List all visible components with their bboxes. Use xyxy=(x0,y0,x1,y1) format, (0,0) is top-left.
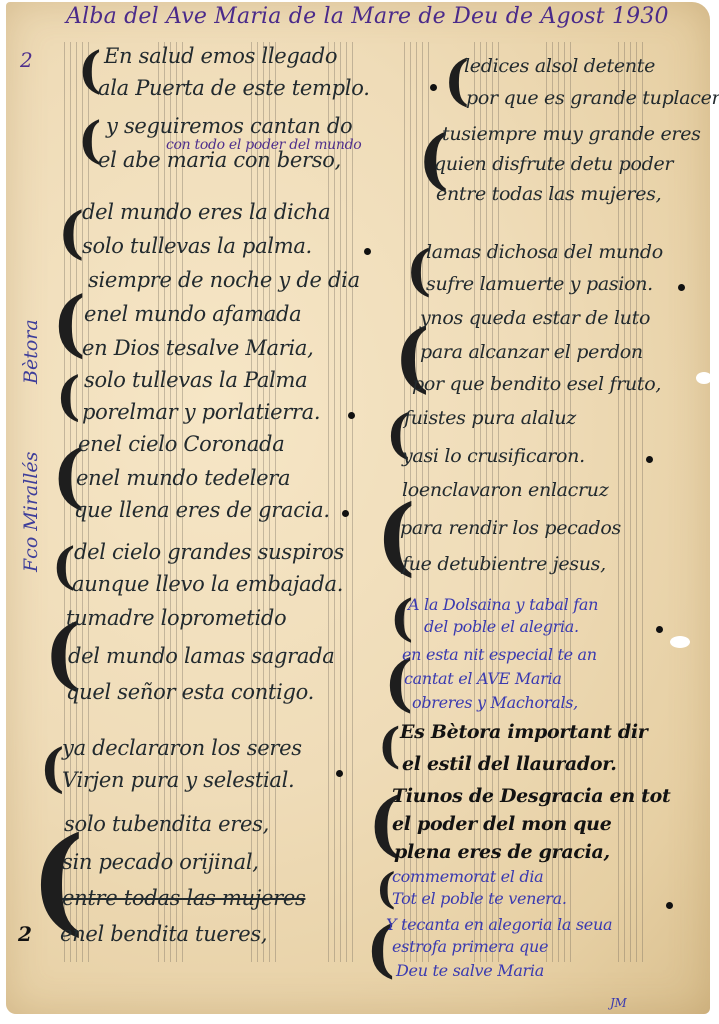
document-title: Alba del Ave Maria de la Mare de Deu de … xyxy=(66,4,669,29)
verse-line: tumadre loprometido xyxy=(66,604,286,632)
verse-line: quien disfrute detu poder xyxy=(434,150,673,178)
margin-note-betora: Bètora xyxy=(20,319,42,384)
verse-line: para rendir los pecados xyxy=(400,514,621,542)
verse-line: ledices alsol detente xyxy=(464,52,655,80)
corner-mark: 2 xyxy=(18,920,32,948)
verse-line: commemorat el dia xyxy=(392,866,543,888)
verse-line: el abe maria con berso, xyxy=(98,146,341,174)
verse-line: solo tullevas la palma. xyxy=(82,232,312,260)
paper-hole xyxy=(670,636,690,648)
brace-bracket: ( xyxy=(58,200,85,266)
ink-dot xyxy=(430,84,437,91)
verse-line: solo tullevas la Palma xyxy=(84,366,307,394)
verse-line: fuistes pura alaluz xyxy=(404,404,576,432)
verse-line: enel mundo afamada xyxy=(84,300,301,328)
verse-line: enel cielo Coronada xyxy=(78,430,284,458)
verse-line: entre todas las mujeres, xyxy=(436,180,661,208)
verse-line: por que bendito esel fruto, xyxy=(412,370,661,398)
verse-line: Y tecanta en alegoria la seua xyxy=(386,914,612,936)
verse-line: lamas dichosa del mundo xyxy=(426,238,663,266)
verse-line: plena eres de gracia, xyxy=(394,838,610,866)
ink-dot xyxy=(656,626,663,633)
verse-line: ynos queda estar de luto xyxy=(420,304,650,332)
verse-line: Tot el poble te venera. xyxy=(392,888,567,910)
verse-line: enel bendita tueres, xyxy=(60,920,267,948)
verse-line: enel mundo tedelera xyxy=(76,464,290,492)
verse-line: para alcanzar el perdon xyxy=(420,338,643,366)
verse-line: Virjen pura y selestial. xyxy=(62,766,294,794)
brace-bracket: ( xyxy=(52,280,86,365)
page-number: 2 xyxy=(20,46,32,74)
verse-line: del cielo grandes suspiros xyxy=(74,538,344,566)
verse-line: cantat el AVE Maria xyxy=(404,668,562,690)
ink-dot xyxy=(348,412,355,419)
paper-hole xyxy=(696,372,712,384)
brace-bracket: ( xyxy=(56,366,81,427)
verse-line: que llena eres de gracia. xyxy=(74,496,330,524)
verse-line: del mundo lamas sagrada xyxy=(68,642,334,670)
brace-bracket: ( xyxy=(378,718,401,774)
verse-line-struck: entre todas las mujeres xyxy=(62,884,305,912)
verse-line: siempre de noche y de dia xyxy=(88,266,360,294)
ink-dot xyxy=(646,456,653,463)
initials: JM xyxy=(610,992,627,1014)
verse-line: quel señor esta contigo. xyxy=(66,678,314,706)
ink-dot xyxy=(336,770,343,777)
ink-dot xyxy=(342,510,349,517)
ink-dot xyxy=(364,248,371,255)
verse-line: en esta nit especial te an xyxy=(402,644,597,666)
verse-line: solo tubendita eres, xyxy=(64,810,269,838)
verse-line: el poder del mon que xyxy=(392,810,611,838)
verse-line: sin pecado orijinal, xyxy=(62,848,259,876)
verse-line: en Dios tesalve Maria, xyxy=(82,334,314,362)
brace-bracket: ( xyxy=(40,738,65,799)
verse-line: ya declararon los seres xyxy=(62,734,302,762)
verse-line: tusiempre muy grande eres xyxy=(442,120,701,148)
manuscript-page: Alba del Ave Maria de la Mare de Deu de … xyxy=(6,2,710,1014)
verse-line: loenclavaron enlacruz xyxy=(402,476,608,504)
verse-line: del poble el alegria. xyxy=(424,616,579,638)
verse-line: En salud emos llegado xyxy=(104,42,337,70)
verse-line: ala Puerta de este templo. xyxy=(98,74,370,102)
ink-dot xyxy=(678,284,685,291)
verse-line: Es Bètora important dir xyxy=(400,718,648,746)
verse-line: el estil del llaurador. xyxy=(402,750,617,778)
verse-line: Deu te salve Maria xyxy=(396,960,544,982)
ink-dot xyxy=(666,902,673,909)
verse-line: porelmar y porlatierra. xyxy=(82,398,320,426)
verse-line: del mundo eres la dicha xyxy=(82,198,330,226)
verse-line: fue detubientre jesus, xyxy=(402,550,606,578)
verse-line: obreres y Machorals, xyxy=(412,692,578,714)
verse-line: sufre lamuerte y pasion. xyxy=(426,270,653,298)
verse-line: aunque llevo la embajada. xyxy=(72,570,343,598)
verse-line: por que es grande tuplacer. xyxy=(466,84,719,112)
margin-note-author: Fco Mirallés xyxy=(20,452,42,572)
verse-line: A la Dolsaina y tabal fan xyxy=(408,594,598,616)
verse-line: Tiunos de Desgracia en tot xyxy=(392,782,670,810)
verse-line: estrofa primera que xyxy=(392,936,548,958)
verse-line: yasi lo crusificaron. xyxy=(402,442,585,470)
